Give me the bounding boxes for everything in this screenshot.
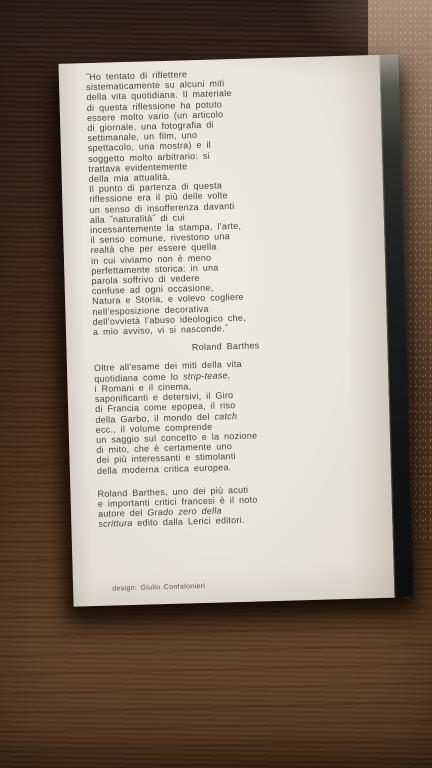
synopsis-paragraph: Oltre all’esame dei miti della vita quot… bbox=[94, 359, 265, 476]
author-note-paragraph: Roland Barthes, uno dei più acuti e impo… bbox=[97, 484, 266, 529]
quote-paragraph: ˝Ho tentato di riflettere sistematicamen… bbox=[86, 67, 261, 337]
back-cover-text: ˝Ho tentato di riflettere sistematicamen… bbox=[86, 67, 267, 529]
design-credit: design: Giulio Confalonieri bbox=[112, 583, 205, 593]
photo-scene: ˝Ho tentato di riflettere sistematicamen… bbox=[0, 0, 432, 768]
book: ˝Ho tentato di riflettere sistematicamen… bbox=[58, 54, 413, 606]
quote-attribution: Roland Barthes bbox=[93, 341, 261, 356]
book-back-cover: ˝Ho tentato di riflettere sistematicamen… bbox=[58, 55, 394, 607]
